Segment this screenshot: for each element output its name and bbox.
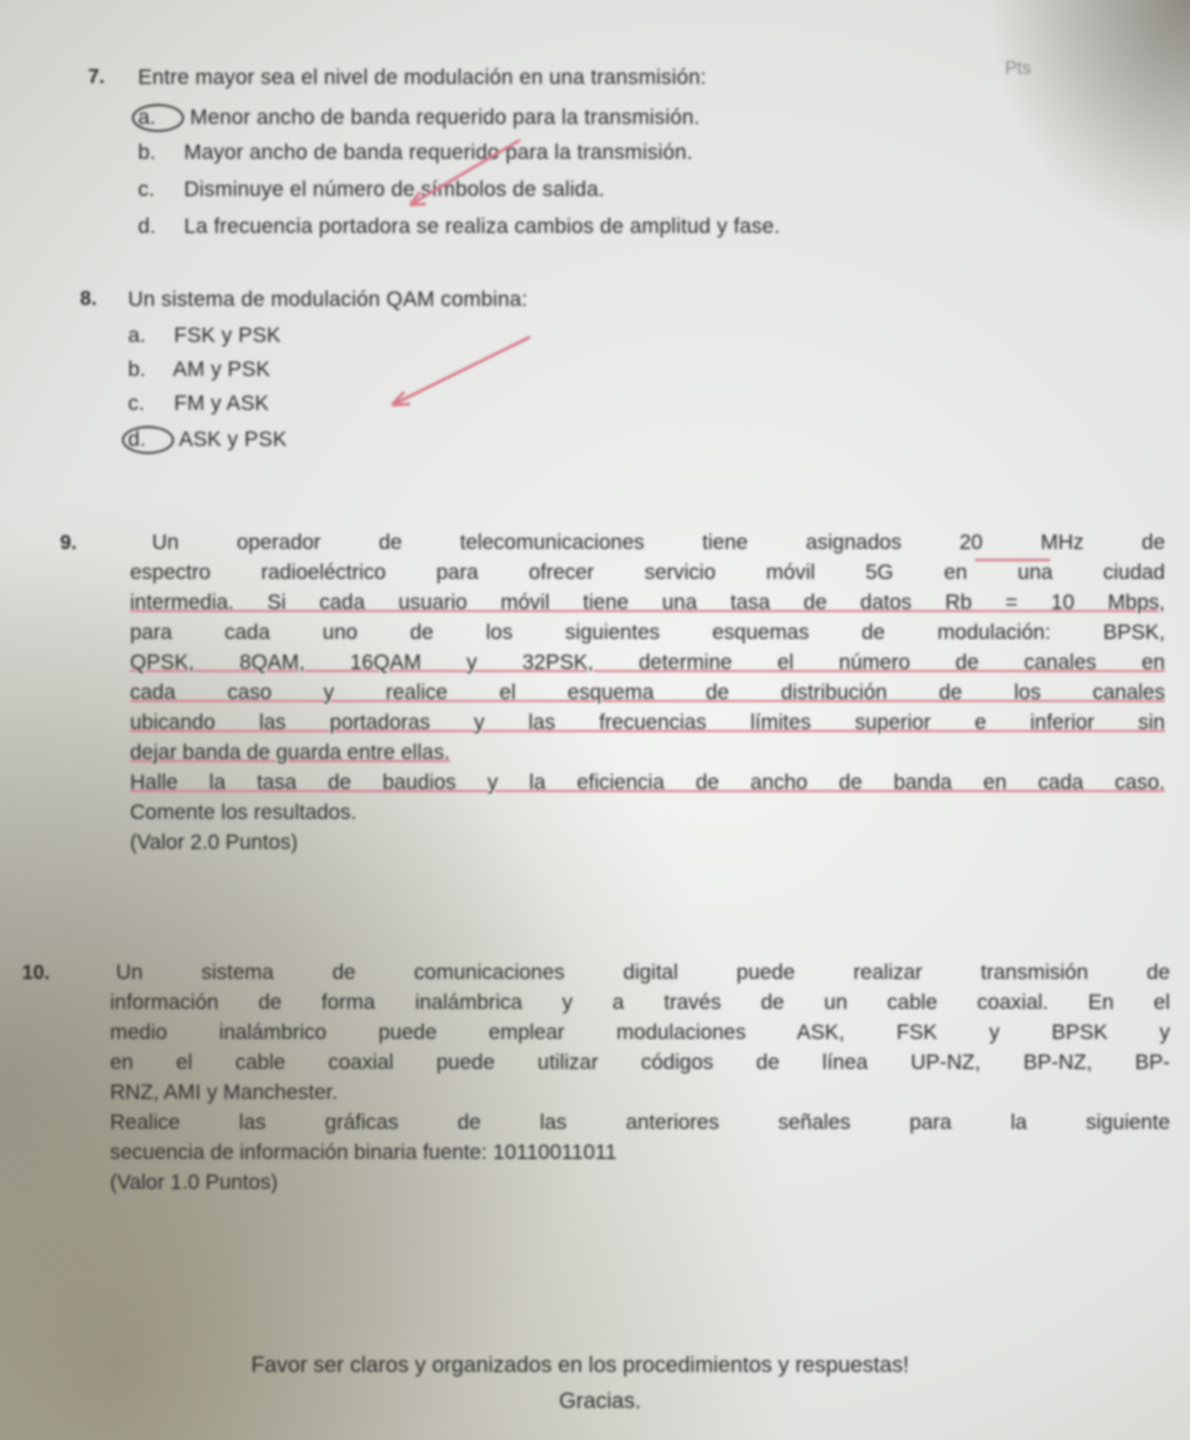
text-line: Un operador de telecomunicaciones tiene … (130, 528, 1165, 558)
option-text: Mayor ancho de banda requerido para la t… (184, 141, 693, 164)
option-letter: b. (138, 141, 178, 165)
option-letter: c. (138, 178, 178, 202)
text-line: Comente los resultados. (130, 798, 1165, 828)
text-line: Realice las gráficas de las anteriores s… (110, 1108, 1170, 1138)
option-text: La frecuencia portadora se realiza cambi… (184, 215, 780, 238)
option-text: FM y ASK (174, 392, 269, 415)
footer-note: Favor ser claros y organizados en los pr… (20, 1352, 1140, 1378)
question-7-option-d: d. La frecuencia portadora se realiza ca… (138, 215, 780, 239)
question-8-option-b: b. AM y PSK (128, 358, 270, 382)
question-10-number: 10. (22, 962, 50, 985)
question-8-number: 8. (80, 288, 97, 311)
text-line: ubicando las portadoras y las frecuencia… (130, 708, 1165, 738)
question-9-body: Un operador de telecomunicaciones tiene … (130, 528, 1165, 858)
footer-thanks: Gracias. (20, 1388, 1160, 1414)
option-letter: d. (138, 215, 178, 239)
option-text: Disminuye el número de símbolos de salid… (184, 178, 604, 201)
text-line: secuencia de información binaria fuente:… (110, 1138, 1170, 1168)
question-7-option-a: a. Menor ancho de banda requerido para l… (138, 104, 700, 132)
question-9-number: 9. (60, 532, 77, 555)
question-8-stem: Un sistema de modulación QAM combina: (128, 288, 528, 312)
text-line: en el cable coaxial puede utilizar códig… (110, 1048, 1170, 1078)
points-value: (Valor 2.0 Puntos) (130, 828, 1165, 858)
pen-arrow-q8 (392, 337, 530, 405)
question-7-option-b: b. Mayor ancho de banda requerido para l… (138, 141, 693, 165)
option-letter: b. (128, 358, 168, 382)
question-8-option-d: d. ASK y PSK (128, 426, 287, 454)
option-letter: c. (128, 392, 168, 416)
selected-option-marker: d. (122, 426, 174, 454)
margin-note: Pts (1005, 58, 1031, 79)
text-line: para cada uno de los siguientes esquemas… (130, 618, 1165, 648)
text-line: información de forma inalámbrica y a tra… (110, 988, 1170, 1018)
text-line: RNZ, AMI y Manchester. (110, 1078, 1170, 1108)
question-10-body: Un sistema de comunicaciones digital pue… (110, 958, 1170, 1198)
exam-page: 7. Entre mayor sea el nivel de modulació… (0, 0, 1190, 1440)
text-line: Halle la tasa de baudios y la eficiencia… (130, 768, 1165, 798)
text-line: dejar banda de guarda entre ellas. (130, 738, 1165, 768)
option-text: FSK y PSK (174, 324, 281, 347)
option-text: AM y PSK (173, 358, 270, 381)
points-value: (Valor 1.0 Puntos) (110, 1168, 1170, 1198)
selected-option-marker: a. (132, 104, 184, 132)
text-line: medio inalámbrico puede emplear modulaci… (110, 1018, 1170, 1048)
option-text: Menor ancho de banda requerido para la t… (190, 106, 700, 129)
option-text: ASK y PSK (179, 428, 287, 451)
question-8-option-c: c. FM y ASK (128, 392, 269, 416)
text-line: intermedia. Si cada usuario móvil tiene … (130, 588, 1165, 618)
text-line: QPSK, 8QAM, 16QAM y 32PSK, determine el … (130, 648, 1165, 678)
question-8-option-a: a. FSK y PSK (128, 324, 281, 348)
text-line: Un sistema de comunicaciones digital pue… (110, 958, 1170, 988)
option-letter: a. (128, 324, 168, 348)
question-7-option-c: c. Disminuye el número de símbolos de sa… (138, 178, 604, 202)
text-line: espectro radioeléctrico para ofrecer ser… (130, 558, 1165, 588)
question-7-number: 7. (88, 66, 105, 89)
text-line: cada caso y realice el esquema de distri… (130, 678, 1165, 708)
question-7-stem: Entre mayor sea el nivel de modulación e… (138, 66, 706, 90)
